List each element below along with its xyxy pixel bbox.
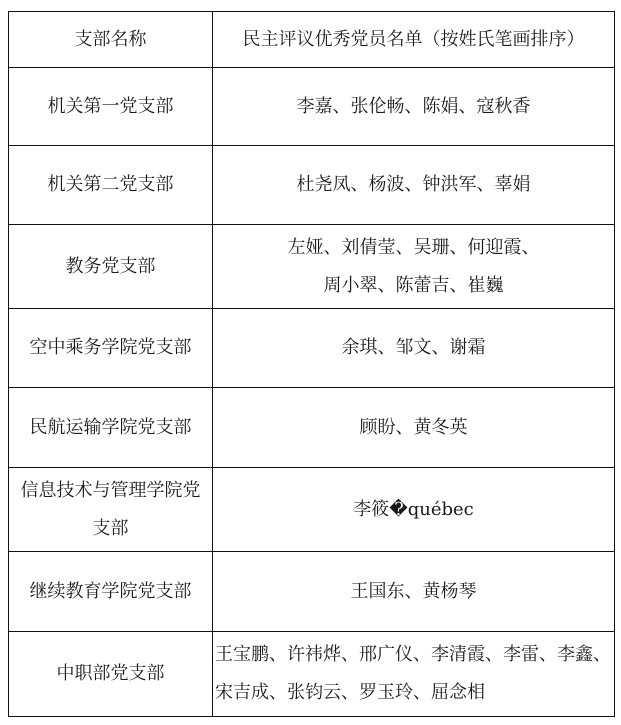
table-row: 机关第二党支部 杜尧凤、杨波、钟洪军、辜娟 xyxy=(9,146,615,225)
member-names: 杜尧凤、杨波、钟洪军、辜娟 xyxy=(213,146,615,225)
table-row: 中职部党支部 王宝鹏、许祎烨、邢广仪、李清霞、李雷、李鑫、 宋吉成、张钧云、罗玉… xyxy=(9,632,615,717)
branch-name: 机关第二党支部 xyxy=(9,146,213,225)
branch-name-line: 支部 xyxy=(9,510,212,548)
member-line: 杜尧凤、杨波、钟洪军、辜娟 xyxy=(213,166,614,204)
member-names: 王宝鹏、许祎烨、邢广仪、李清霞、李雷、李鑫、 宋吉成、张钧云、罗玉玲、屈念相 xyxy=(213,632,615,717)
table-row: 机关第一党支部 李嘉、张伦畅、陈娟、寇秋香 xyxy=(9,68,615,146)
member-line: 周小翠、陈蕾吉、崔巍 xyxy=(213,267,614,305)
member-line: 李嘉、张伦畅、陈娟、寇秋香 xyxy=(213,88,614,126)
branch-name: 民航运输学院党支部 xyxy=(9,388,213,468)
member-names: 左娅、刘倩莹、吴珊、何迎霞、 周小翠、陈蕾吉、崔巍 xyxy=(213,225,615,309)
table-row: 空中乘务学院党支部 余琪、邹文、谢霜 xyxy=(9,309,615,388)
branch-name: 教务党支部 xyxy=(9,225,213,309)
table-row: 信息技术与管理学院党 支部 李筱�québec xyxy=(9,468,615,552)
branch-name-line: 信息技术与管理学院党 xyxy=(9,472,212,510)
member-names: 王国东、黄杨琴 xyxy=(213,552,615,632)
member-names: 顾盼、黄冬英 xyxy=(213,388,615,468)
member-names: 李嘉、张伦畅、陈娟、寇秋香 xyxy=(213,68,615,146)
branch-name: 机关第一党支部 xyxy=(9,68,213,146)
member-names: 余琪、邹文、谢霜 xyxy=(213,309,615,388)
table-row: 继续教育学院党支部 王国东、黄杨琴 xyxy=(9,552,615,632)
member-line: 李筱�québec xyxy=(213,491,614,529)
header-branch-name: 支部名称 xyxy=(9,12,213,68)
branch-name: 空中乘务学院党支部 xyxy=(9,309,213,388)
branch-name: 中职部党支部 xyxy=(9,632,213,717)
member-line: 顾盼、黄冬英 xyxy=(213,409,614,447)
header-member-list: 民主评议优秀党员名单（按姓氏笔画排序） xyxy=(213,12,615,68)
branch-name: 继续教育学院党支部 xyxy=(9,552,213,632)
table-header-row: 支部名称 民主评议优秀党员名单（按姓氏笔画排序） xyxy=(9,12,615,68)
member-names: 李筱�québec xyxy=(213,468,615,552)
member-line: 左娅、刘倩莹、吴珊、何迎霞、 xyxy=(213,229,614,267)
table-row: 教务党支部 左娅、刘倩莹、吴珊、何迎霞、 周小翠、陈蕾吉、崔巍 xyxy=(9,225,615,309)
excellent-party-members-table: 支部名称 民主评议优秀党员名单（按姓氏笔画排序） 机关第一党支部 李嘉、张伦畅、… xyxy=(8,11,615,717)
member-line: 宋吉成、张钧云、罗玉玲、屈念相 xyxy=(215,674,614,712)
member-line: 王国东、黄杨琴 xyxy=(213,573,614,611)
member-line: 余琪、邹文、谢霜 xyxy=(213,329,614,367)
table-row: 民航运输学院党支部 顾盼、黄冬英 xyxy=(9,388,615,468)
branch-name: 信息技术与管理学院党 支部 xyxy=(9,468,213,552)
member-line: 王宝鹏、许祎烨、邢广仪、李清霞、李雷、李鑫、 xyxy=(215,636,614,674)
